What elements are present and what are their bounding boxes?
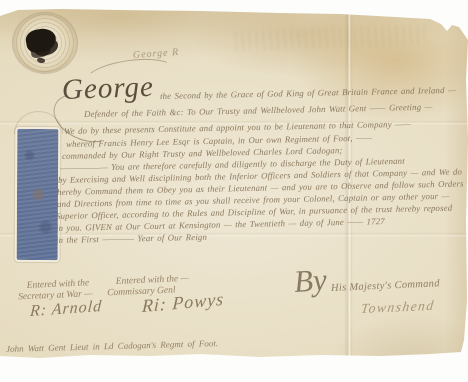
- by-flourish-word: By: [293, 262, 328, 300]
- ink-showthrough-smudge: [235, 25, 426, 52]
- blue-duty-stamp: [17, 129, 59, 260]
- signature-townshend: Townshend: [360, 298, 436, 317]
- illuminated-initial-word: George: [61, 71, 154, 107]
- parchment-document: George R George the Second by the Grace …: [0, 0, 468, 382]
- body-line: the Second by the Grace of God King of G…: [160, 85, 456, 101]
- wax-seal: [13, 13, 77, 73]
- body-line: in the First ———— Year of Our Reign: [56, 232, 207, 245]
- signature-secretary-at-war: R: Arnold: [29, 298, 102, 321]
- endorsement-line: John Watt Gent Lieut in Ld Cadogan's Reg…: [6, 338, 218, 354]
- document-photo: George R George the Second by the Grace …: [0, 0, 468, 382]
